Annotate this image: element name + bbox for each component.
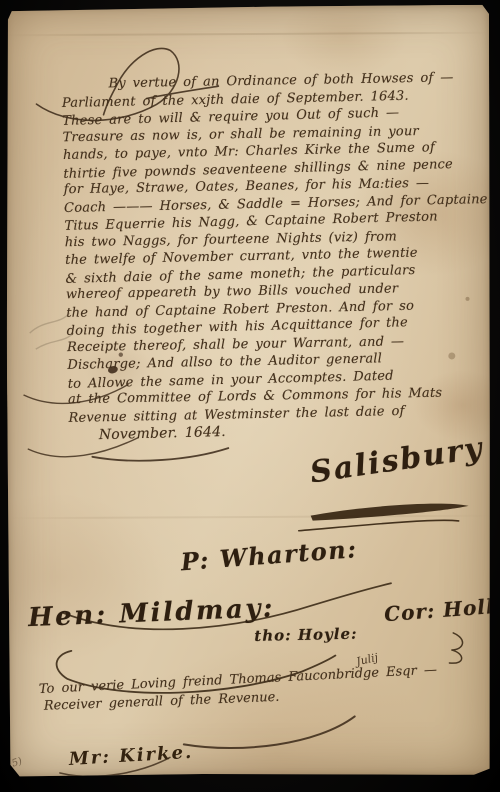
signature-salisbury: Salisbury bbox=[308, 431, 486, 491]
photo-backdrop: By vertue of an Ordinance of both Howses… bbox=[0, 0, 500, 792]
signature-holland: Cor: Holland bbox=[383, 591, 500, 627]
bottom-note-kirke: Mr: Kirke. bbox=[68, 742, 193, 770]
holland-flourish bbox=[449, 633, 462, 663]
letter-body: By vertue of an Ordinance of both Howses… bbox=[61, 68, 493, 444]
signature-mildmay: Hen: Mildmay: bbox=[28, 593, 276, 633]
paper-fold-line bbox=[5, 32, 489, 37]
paper-fold-line bbox=[8, 515, 492, 520]
corner-numbering-mark: 5) bbox=[10, 756, 23, 770]
address-block: To our verie Loving freind Thomas Faucon… bbox=[39, 661, 439, 718]
date-underline bbox=[92, 448, 228, 461]
signature-wharton: P: Wharton: bbox=[180, 534, 359, 576]
signature-hoyle: tho: Hoyle: bbox=[254, 625, 358, 645]
address-flourish bbox=[184, 716, 355, 748]
manuscript-page: By vertue of an Ordinance of both Howses… bbox=[5, 5, 493, 778]
